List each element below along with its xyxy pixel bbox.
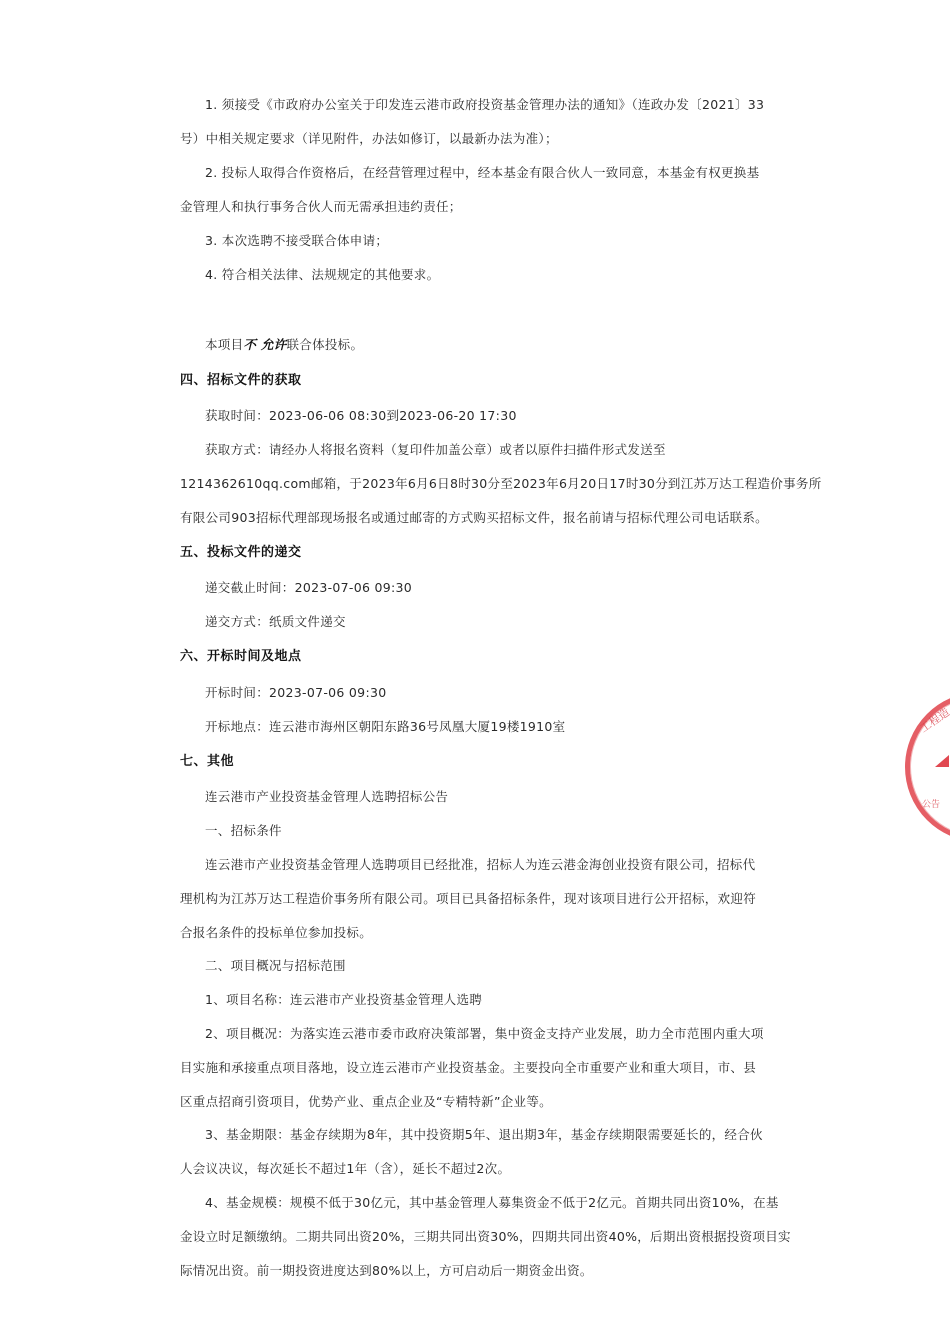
acquire-time: 获取时间：2023-06-06 08:30到2023-06-20 17:30 [205,408,517,424]
requirement-2-line-1: 2. 投标人取得合作资格后，在经营管理过程中，经本基金有限合伙人一致同意，本基金… [205,165,759,181]
project-name: 1、项目名称：连云港市产业投资基金管理人选聘 [205,992,482,1008]
opening-time: 开标时间：2023-07-06 09:30 [205,685,386,701]
sub-1-line-2: 理机构为江苏万达工程造价事务所有限公司。项目已具备招标条件，现对该项目进行公开招… [180,891,756,907]
opening-time-value: 2023-07-06 09:30 [269,685,386,700]
acquire-method-line-1: 获取方式：请经办人将报名资料（复印件加盖公章）或者以原件扫描件形式发送至 [205,442,666,458]
opening-place-value: 连云港市海州区朝阳东路36号凤凰大厦19楼1910室 [269,719,565,734]
acquire-time-value: 2023-06-06 08:30到2023-06-20 17:30 [269,408,517,423]
project-overview-line-3: 区重点招商引资项目，优势产业、重点企业及“专精特新”企业等。 [180,1094,552,1110]
opening-place: 开标地点：连云港市海州区朝阳东路36号凤凰大厦19楼1910室 [205,719,565,735]
consortium-statement: 本项目不 允许联合体投标。 [205,337,363,353]
acquire-method-line-2: 1214362610qq.com邮箱，于2023年6月6日8时30分至2023年… [180,476,822,492]
acquire-time-label: 获取时间： [205,408,269,423]
fund-scale-line-3: 际情况出资。前一期投资进度达到80%以上，方可启动后一期资金出资。 [180,1263,593,1279]
fund-term-line-1: 3、基金期限：基金存续期为8年，其中投资期5年、退出期3年，基金存续期限需要延长… [205,1127,763,1143]
seal-star-icon [935,755,949,767]
project-overview-line-1: 2、项目概况：为落实连云港市委市政府决策部署，集中资金支持产业发展，助力全市范围… [205,1026,764,1042]
submission-method: 递交方式：纸质文件递交 [205,614,346,630]
sub-1-line-1: 连云港市产业投资基金管理人选聘项目已经批准，招标人为连云港金海创业投资有限公司，… [205,857,755,873]
submission-method-label: 递交方式： [205,614,269,629]
submission-deadline-label: 递交截止时间： [205,580,295,595]
section-5-heading: 五、投标文件的递交 [180,545,302,561]
acquire-method-line-3: 有限公司903招标代理部现场报名或通过邮寄的方式购买招标文件，报名前请与招标代理… [180,510,768,526]
document-page: 1. 须接受《市政府办公室关于印发连云港市政府投资基金管理办法的通知》（连政办发… [0,0,950,1341]
requirement-4: 4. 符合相关法律、法规规定的其他要求。 [205,267,439,283]
submission-method-value: 纸质文件递交 [269,614,346,629]
opening-place-label: 开标地点： [205,719,269,734]
section-7-heading: 七、其他 [180,754,234,770]
submission-deadline: 递交截止时间：2023-07-06 09:30 [205,580,412,596]
requirement-1-line-2: 号）中相关规定要求（详见附件，办法如修订，以最新办法为准）； [180,131,558,147]
requirement-2-line-2: 金管理人和执行事务合伙人而无需承担违约责任； [180,199,462,215]
requirement-3: 3. 本次选聘不接受联合体申请； [205,233,388,249]
seal-text-bottom: 公告 [922,797,940,810]
consortium-emphasis: 不 允许 [243,337,286,352]
consortium-prefix: 本项目 [205,337,243,352]
project-overview-line-2: 目实施和承接重点项目落地，设立连云港市产业投资基金。主要投向全市重要产业和重大项… [180,1060,756,1076]
fund-scale-line-1: 4、基金规模：规模不低于30亿元，其中基金管理人募集资金不低于2亿元。首期共同出… [205,1195,779,1211]
section-4-heading: 四、招标文件的获取 [180,373,302,389]
consortium-suffix: 联合体投标。 [286,337,363,352]
submission-deadline-value: 2023-07-06 09:30 [295,580,412,595]
fund-scale-line-2: 金设立时足额缴纳。二期共同出资20%，三期共同出资30%，四期共同出资40%，后… [180,1229,791,1245]
notice-title: 连云港市产业投资基金管理人选聘招标公告 [205,789,448,805]
sub-1-line-3: 合报名条件的投标单位参加投标。 [180,925,372,941]
fund-term-line-2: 人会议决议，每次延长不超过1年（含），延长不超过2次。 [180,1161,510,1177]
section-6-heading: 六、开标时间及地点 [180,649,302,665]
requirement-1-line-1: 1. 须接受《市政府办公室关于印发连云港市政府投资基金管理办法的通知》（连政办发… [205,97,764,113]
sub-2-heading: 二、项目概况与招标范围 [205,958,346,974]
opening-time-label: 开标时间： [205,685,269,700]
sub-1-heading: 一、招标条件 [205,823,282,839]
